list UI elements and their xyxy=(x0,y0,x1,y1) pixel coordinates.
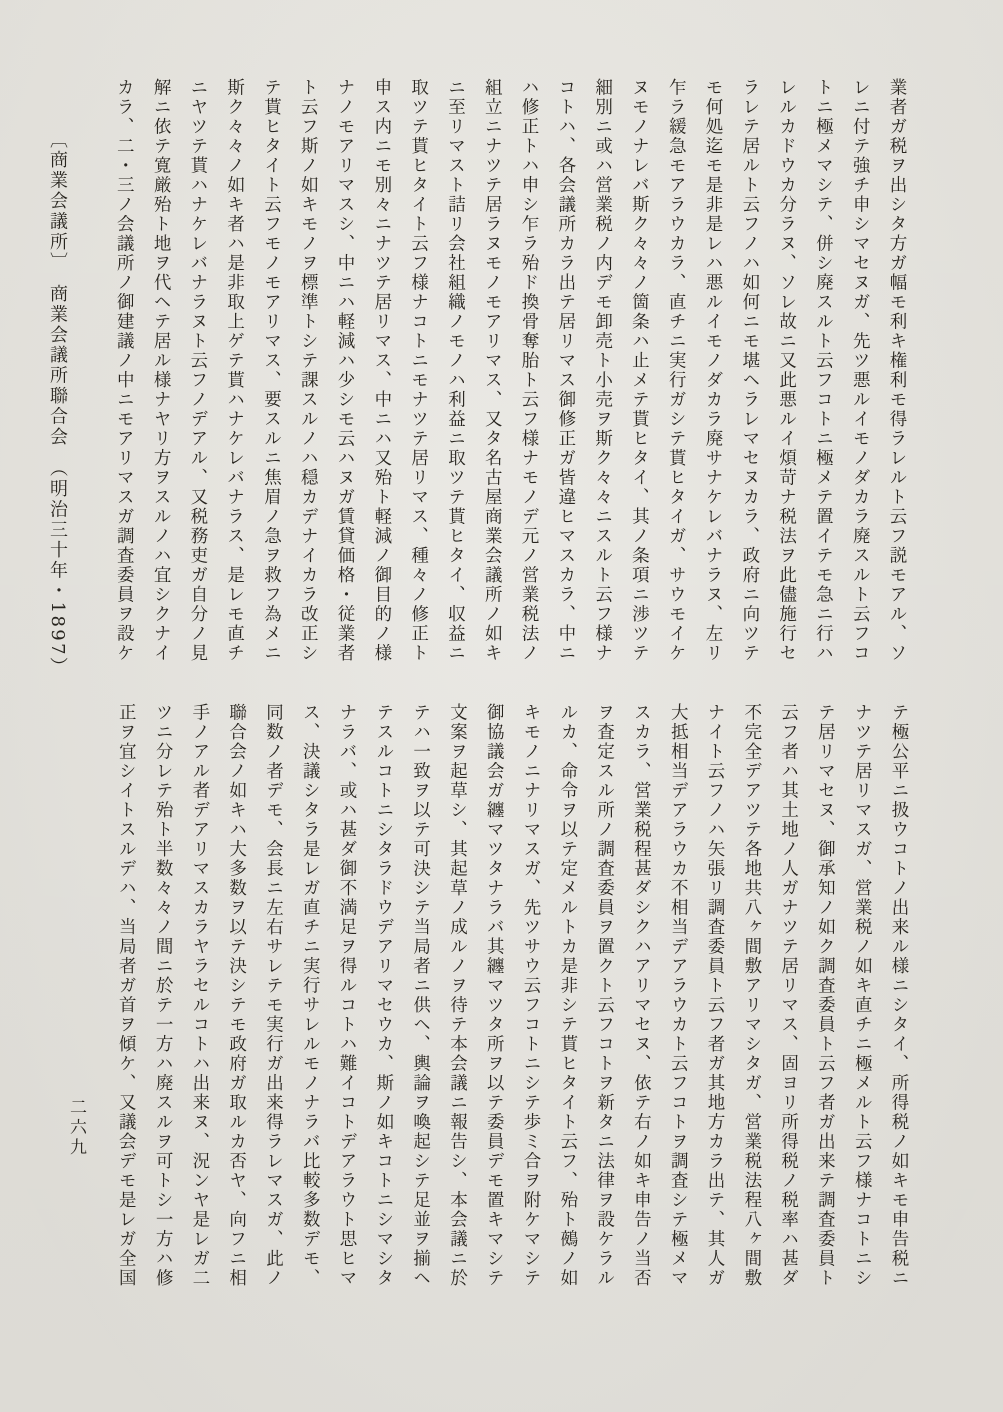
text-column: ナノモアリマスシ、中ニハ軽減ハ少シモ云ハヌガ賃貸価格・従業者 xyxy=(326,78,363,666)
text-column: 同数ノ者デモ、会長ニ左右サレテモ実行ガ出来得ラレマスガ、此ノ xyxy=(255,703,292,1291)
text-column: 細別ニ或ハ営業税ノ内デモ卸売ト小売ヲ斯ク々々ニスルト云フ様ナ xyxy=(584,78,621,666)
text-column: ナラバ、或ハ甚ダ御不満足ヲ得ルコトハ難イコトデアラウト思ヒマ xyxy=(328,703,365,1291)
text-column: テ貰ヒタイト云フモノモアリマス、要スルニ焦眉ノ急ヲ救フ為メニ xyxy=(253,78,290,666)
text-column: トニ極メマシテ、併シ廃スルト云フコトニ極メテ置イテモ急ニ行ハ xyxy=(805,78,842,666)
text-column: ルカ、命令ヲ以テ定メルトカ是非シテ貰ヒタイト云フ、殆ト鵺ノ如 xyxy=(549,703,586,1291)
text-column: モ何処迄モ是非是レハ悪ルイモノダカラ廃サナケレバナラヌ、左リ xyxy=(694,78,731,666)
text-column: テハ一致ヲ以テ可決シテ当局者ニ供ヘ、輿論ヲ喚起シテ足並ヲ揃ヘ xyxy=(402,703,439,1291)
text-column: ツニ分レテ殆ト半数々々ノ間ニ於テ一方ハ廃スルヲ可トシ一方ハ修 xyxy=(144,703,181,1291)
text-column: ヲ査定スル所ノ調査委員ヲ置クト云フコトヲ新タニ法律ヲ設ケラル xyxy=(586,703,623,1291)
text-column: ニ至リマスト詰リ会社組織ノモノハ利益ニ取ツテ貰ヒタイ、収益ニ xyxy=(437,78,474,666)
text-column: テスルコトニシタラドウデアリマセウカ、斯ノ如キコトニシマシタ xyxy=(365,703,402,1291)
text-column: ト云フ斯ノ如キモノヲ標準トシテ課スルノハ穏カデナイカラ改正シ xyxy=(289,78,326,666)
text-column: 正ヲ宜シイトスルデハ、当局者ガ首ヲ傾ケ、又議会デモ是レガ全国 xyxy=(107,703,144,1291)
text-column: 乍ラ緩急モアラウカラ、直チニ実行ガシテ貰ヒタイガ、サウモイケ xyxy=(657,78,694,666)
text-column: スカラ、営業税程甚ダシクハアリマセヌ、依テ右ノ如キ申告ノ当否 xyxy=(623,703,660,1291)
text-column: 取ツテ貰ヒタイト云フ様ナコトニモナツテ居リマス、種々ノ修正ト xyxy=(400,78,437,666)
text-column: キモノニナリマスガ、先ツサウ云フコトニシテ歩ミ合ヲ附ケマシテ xyxy=(512,703,549,1291)
text-column: 聯合会ノ如キハ大多数ヲ以テ決シテモ政府ガ取ルカ否ヤ、向フニ相 xyxy=(218,703,255,1291)
text-column: 業者ガ税ヲ出シタ方ガ幅モ利キ権利モ得ラレルト云フ説モアル、ソ xyxy=(878,78,915,666)
text-column: 不完全デアツテ各地共八ヶ間敷アリマシタガ、営業税法程八ヶ間敷 xyxy=(733,703,770,1291)
text-column: カラ、二・三ノ会議所ノ御建議ノ中ニモアリマスガ調査委員ヲ設ケ xyxy=(105,78,142,666)
text-column: 申ス内ニモ別々ニナツテ居リマス、中ニハ又殆ト軽減ノ御目的ノ様 xyxy=(363,78,400,666)
text-column: レルカドウカ分ラヌ、ソレ故ニ又此悪ルイ煩苛ナ税法ヲ此儘施行セ xyxy=(768,78,805,666)
lower-text-block: テ極公平ニ扱ウコトノ出来ル様ニシタイ、所得税ノ如キモ申告税ニナツテ居リマスガ、営… xyxy=(107,703,917,1291)
text-column: ヌモノナレバ斯ク々々ノ箇条ハ止メテ貰ヒタイ、其ノ条項ニ渉ツテ xyxy=(621,78,658,666)
text-column: ハ修正トハ申シ乍ラ殆ド換骨奪胎ト云フ様ナモノデ元ノ営業税法ノ xyxy=(510,78,547,666)
text-column: ス、決議シタラ是レガ直チニ実行サレルモノナラバ比較多数デモ、 xyxy=(291,703,328,1291)
text-column: ラレテ居ルト云フノハ如何ニモ堪ヘラレマセヌカラ、政府ニ向ツテ xyxy=(731,78,768,666)
text-column: 御協議会ガ纏マツタナラバ其纏マツタ所ヲ以テ委員デモ置キマシテ xyxy=(475,703,512,1291)
text-column: ナイト云フノハ矢張リ調査委員ト云フ者ガ其地方カラ出テ、其人ガ xyxy=(696,703,733,1291)
text-column: 斯ク々々ノ如キ者ハ是非取上ゲテ貰ハナケレバナラス、是レモ直チ xyxy=(216,78,253,666)
text-column: テ居リマセヌ、御承知ノ如ク調査委員ト云フ者ガ出来テ調査委員ト xyxy=(807,703,844,1291)
text-column: テ極公平ニ扱ウコトノ出来ル様ニシタイ、所得税ノ如キモ申告税ニ xyxy=(880,703,917,1291)
text-column: ナツテ居リマスガ、営業税ノ如キ直チニ極メルト云フ様ナコトニシ xyxy=(843,703,880,1291)
text-column: 手ノアル者デアリマスカラヤラセルコトハ出来ヌ、況ンヤ是レガ二 xyxy=(181,703,218,1291)
text-column: コトハ、各会議所カラ出テ居リマス御修正ガ皆違ヒマスカラ、中ニ xyxy=(547,78,584,666)
text-column: 文案ヲ起草シ、其起草ノ成ルノヲ待テ本会議ニ報告シ、本会議ニ於 xyxy=(439,703,476,1291)
source-heading: 〔商業会議所〕 商業会議所聯合会 （明治三十年・1897） xyxy=(42,130,72,690)
document-page: 業者ガ税ヲ出シタ方ガ幅モ利キ権利モ得ラレルト云フ説モアル、ソレニ付テ強チ申シマセ… xyxy=(0,0,1003,1412)
text-column: ニヤツテ貰ハナケレバナラヌト云フノデアル、又税務吏ガ自分ノ見 xyxy=(179,78,216,666)
text-column: レニ付テ強チ申シマセヌガ、先ツ悪ルイモノダカラ廃スルト云フコ xyxy=(841,78,878,666)
text-column: 解ニ依テ寛厳殆ト地ヲ代ヘテ居ル様ナヤリ方ヲスルノハ宜シクナイ xyxy=(142,78,179,666)
text-column: 云フ者ハ其土地ノ人ガナツテ居リマス、固ヨリ所得税ノ税率ハ甚ダ xyxy=(770,703,807,1291)
upper-text-block: 業者ガ税ヲ出シタ方ガ幅モ利キ権利モ得ラレルト云フ説モアル、ソレニ付テ強チ申シマセ… xyxy=(105,78,915,666)
page-number: 二六九 xyxy=(64,1098,88,1188)
text-column: 組立ニナツテ居ラヌモノモアリマス、又タ名古屋商業会議所ノ如キ xyxy=(473,78,510,666)
text-column: 大抵相当デアラウカ不相当デアラウカト云フコトヲ調査シテ極メマ xyxy=(659,703,696,1291)
